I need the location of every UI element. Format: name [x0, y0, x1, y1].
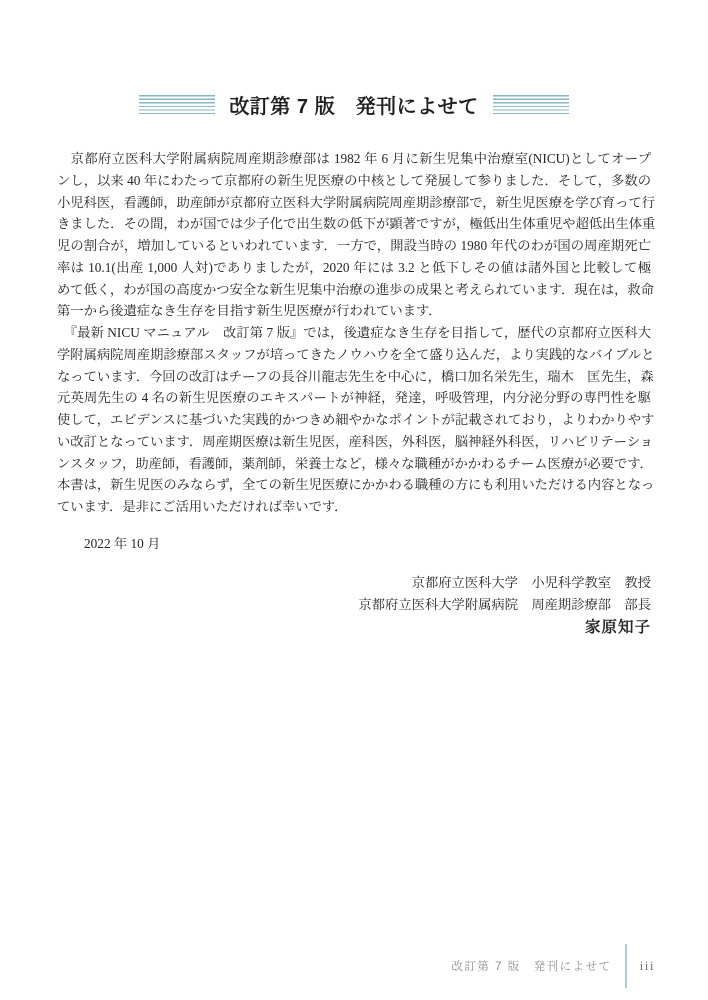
signature-affiliation-line: 京都府立医科大学 小児科学教室 教授 — [57, 572, 651, 594]
text-line: 学附属病院周産期診療部スタッフが培ってきたノウハウを全て盛り込んだ，より実践的な… — [57, 344, 651, 366]
text-line: 小児科医，看護師，助産師が京都府立医科大学附属病院周産期診療部で，新生児医療を学… — [57, 192, 651, 214]
text-line: 児の割合が，増加しているといわれています．一方で，開設当時の 1980 年代のわ… — [57, 235, 651, 257]
text-line: 『最新 NICU マニュアル 改訂第 7 版』では，後遺症なき生存を目指して，歴… — [57, 322, 651, 344]
text-line: 率は 10.1(出産 1,000 人対)でありましたが，2020 年には 3.2… — [57, 257, 651, 279]
title-stripes-left-decoration — [139, 95, 215, 114]
text-line: ています．是非にご活用いただければ幸いです． — [57, 496, 651, 518]
paragraph-revision: 『最新 NICU マニュアル 改訂第 7 版』では，後遺症なき生存を目指して，歴… — [57, 322, 651, 518]
preface-body: 京都府立医科大学附属病院周産期診療部は 1982 年 6 月に新生児集中治療室(… — [57, 148, 651, 640]
title-stripes-right-decoration — [493, 95, 569, 114]
text-line: 京都府立医科大学附属病院周産期診療部は 1982 年 6 月に新生児集中治療室(… — [57, 148, 651, 170]
text-line: 本書は，新生児医のみならず，全ての新生児医療にかかわる職種の方にも利用いただける… — [57, 474, 651, 496]
page-footer: 改訂第 7 版 発刊によせて iii — [451, 944, 655, 988]
page-title: 改訂第 7 版 発刊によせて — [229, 90, 478, 119]
text-line: きました．その間，わが国では少子化で出生数の低下が顕著ですが，極低出生体重児や超… — [57, 213, 651, 235]
text-line: い改訂となっています．周産期医療は新生児医，産科医，外科医，脳神経外科医，リハビ… — [57, 431, 651, 453]
text-line: ンし，以来 40 年にわたって京都府の新生児医療の中核として発展して参りました．… — [57, 170, 651, 192]
book-page: 改訂第 7 版 発刊によせて 京都府立医科大学附属病院周産期診療部は 1982 … — [0, 0, 708, 1000]
page-number: iii — [640, 958, 655, 974]
text-line: 使して，エビデンスに基づいた実践的かつきめ細やかなポイントが記載されており，より… — [57, 409, 651, 431]
text-line: なっています．今回の改訂はチーフの長谷川龍志先生を中心に，橋口加名栄先生，瑞木 … — [57, 366, 651, 388]
signature-block: 京都府立医科大学 小児科学教室 教授京都府立医科大学附属病院 周産期診療部 部長… — [57, 572, 651, 640]
footer-divider-bar — [625, 944, 627, 988]
author-name: 家原知子 — [57, 617, 651, 639]
chapter-header: 改訂第 7 版 発刊によせて — [57, 90, 651, 119]
text-line: 元英周先生の 4 名の新生児医療のエキスパートが神経，発達，呼吸管理，内分泌分野… — [57, 387, 651, 409]
signature-affiliation-line: 京都府立医科大学附属病院 周産期診療部 部長 — [57, 594, 651, 616]
signature-affiliations: 京都府立医科大学 小児科学教室 教授京都府立医科大学附属病院 周産期診療部 部長 — [57, 572, 651, 617]
date-line: 2022 年 10 月 — [57, 533, 651, 555]
text-line: めて低く，わが国の高度かつ安全な新生児集中治療の進歩の成果と考えられています．現… — [57, 279, 651, 301]
text-line: ンスタッフ，助産師，看護師，薬剤師，栄養士など，様々な職種がかかわるチーム医療が… — [57, 453, 651, 475]
text-line: 第一から後遺症なき生存を目指す新生児医療が行われています． — [57, 300, 651, 322]
footer-section-title: 改訂第 7 版 発刊によせて — [451, 958, 611, 974]
paragraph-history: 京都府立医科大学附属病院周産期診療部は 1982 年 6 月に新生児集中治療室(… — [57, 148, 651, 322]
